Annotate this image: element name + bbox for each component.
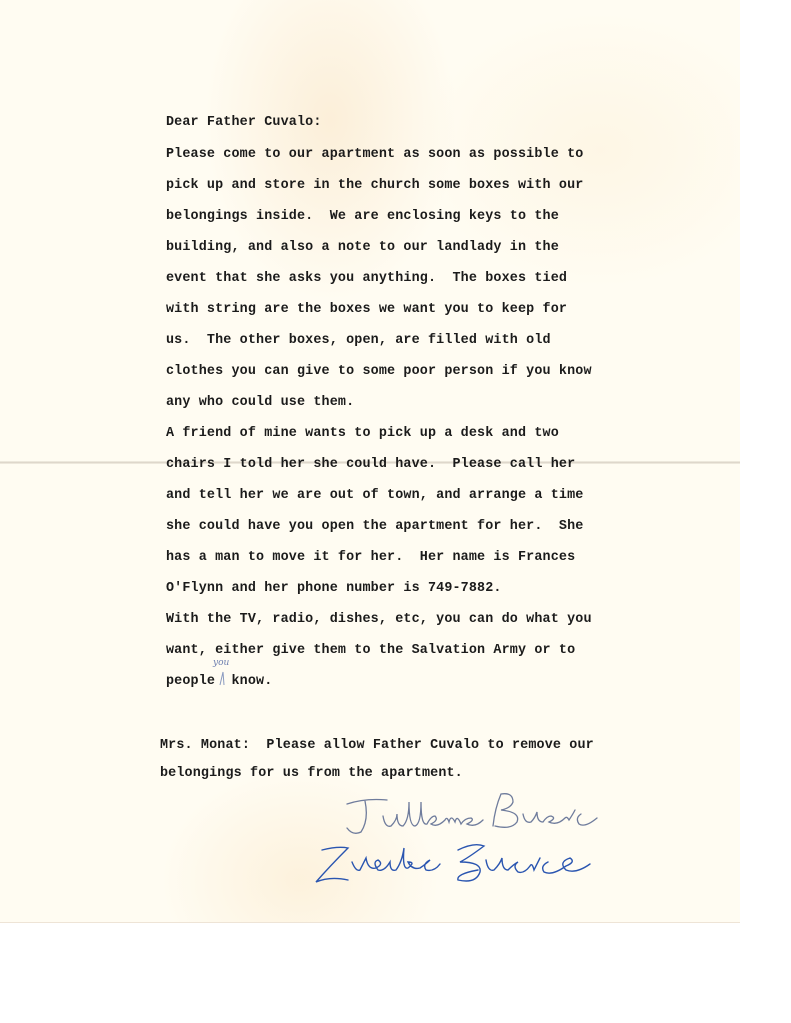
text-line: belongings inside. We are enclosing keys…	[166, 209, 559, 224]
text-line: with string are the boxes we want you to…	[166, 302, 567, 317]
signature-julienne-busic: Julienne Busic	[335, 790, 610, 840]
letter-body: Dear Father Cuvalo: Please come to our a…	[166, 0, 215, 540]
handwritten-insertion: you	[213, 658, 229, 668]
text-line: Please come to our apartment as soon as …	[166, 147, 583, 162]
text-line: With the TV, radio, dishes, etc, you can…	[166, 612, 592, 627]
letter-paper: Dear Father Cuvalo: Please come to our a…	[0, 0, 740, 923]
text-line: event that she asks you anything. The bo…	[166, 271, 567, 286]
text-line: us. The other boxes, open, are filled wi…	[166, 333, 551, 348]
landlady-note: Mrs. Monat: Please allow Father Cuvalo t…	[160, 0, 193, 60]
text-line: O'Flynn and her phone number is 749-7882…	[166, 581, 502, 596]
paragraph-1: Please come to our apartment as soon as …	[166, 60, 215, 225]
text-line: A friend of mine wants to pick up a desk…	[166, 426, 559, 441]
text-line: she could have you open the apartment fo…	[166, 519, 583, 534]
text-line: has a man to move it for her. Her name i…	[166, 550, 575, 565]
text-line: want, either give them to the Salvation …	[166, 643, 575, 658]
text-line: clothes you can give to some poor person…	[166, 364, 592, 379]
salutation: Dear Father Cuvalo:	[166, 115, 322, 130]
text-line: building, and also a note to our landlad…	[166, 240, 559, 255]
caret-mark-icon	[218, 670, 226, 686]
text-line: belongings for us from the apartment.	[160, 766, 463, 781]
signature-zvonko-busic: Zvonko Busic	[308, 840, 598, 890]
text-line: and tell her we are out of town, and arr…	[166, 488, 583, 503]
text-line: Mrs. Monat: Please allow Father Cuvalo t…	[160, 738, 594, 753]
text-line: pick up and store in the church some box…	[166, 178, 583, 193]
text-line: any who could use them.	[166, 395, 354, 410]
text-line: chairs I told her she could have. Please…	[166, 457, 575, 472]
